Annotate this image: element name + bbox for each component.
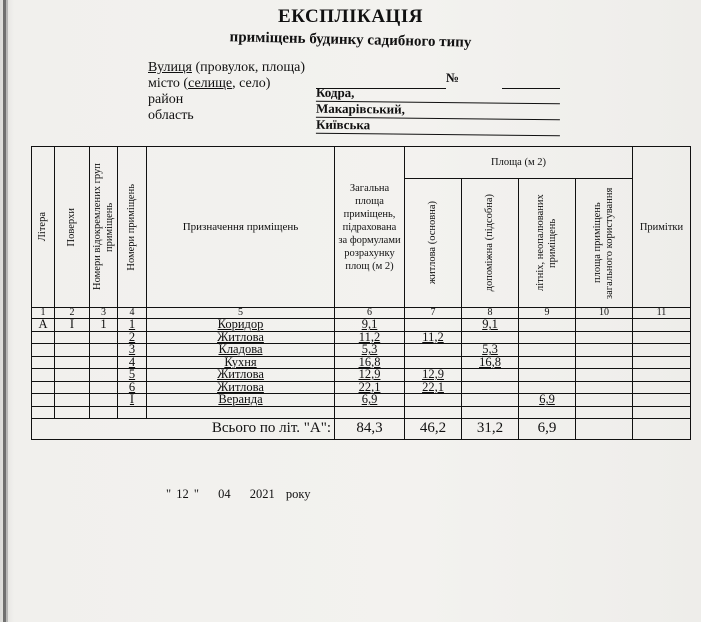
cell-common (576, 381, 633, 394)
cell-litera: А (32, 319, 55, 332)
cell-summer (519, 369, 576, 382)
cell-notes (633, 344, 691, 357)
cell-room: I (118, 394, 147, 407)
table-row: IВеранда6,96,9 (32, 394, 691, 407)
col-num: 10 (576, 308, 633, 319)
cell-auxiliary: 16,8 (462, 356, 519, 369)
cell-floor (55, 344, 90, 357)
header-room-numbers: Номери приміщень (118, 147, 147, 308)
header-floor: Поверхи (55, 147, 90, 308)
cell-auxiliary (462, 369, 519, 382)
cell-notes (633, 369, 691, 382)
header-living: житлова (основна) (405, 179, 462, 308)
col-num: 11 (633, 308, 691, 319)
header-common: площа приміщень загального користування (576, 179, 633, 308)
district-label: район (148, 92, 305, 108)
cell-notes (633, 394, 691, 407)
cell-group: 1 (90, 319, 118, 332)
date-suffix: року (286, 487, 311, 501)
explication-table: Літера Поверхи Номери відокремлених груп… (31, 146, 691, 440)
cell-litera (32, 344, 55, 357)
document-date: " 12 " 04 2021 року (166, 487, 325, 502)
cell-auxiliary: 9,1 (462, 319, 519, 332)
cell-floor: I (55, 319, 90, 332)
cell-floor (55, 356, 90, 369)
cell-group (90, 344, 118, 357)
cell-floor (55, 381, 90, 394)
cell-group (90, 369, 118, 382)
document-subtitle: приміщень будинку садибного типу (0, 24, 701, 57)
city-label: місто (селище, село) (148, 76, 305, 92)
region-value: Київська (316, 117, 560, 137)
date-day: " 12 " (166, 487, 199, 501)
cell-notes (633, 319, 691, 332)
header-summer: літніх, неопалюваних приміщень (519, 179, 576, 308)
empty-row (32, 406, 691, 418)
date-year: 2021 (250, 487, 275, 501)
cell-purpose: Веранда (147, 394, 335, 407)
header-notes: Примітки (633, 147, 691, 308)
number-label: № (446, 70, 459, 86)
total-notes-value (633, 418, 691, 439)
cell-common (576, 394, 633, 407)
address-labels: Вулиця (провулок, площа) місто (селище, … (148, 60, 305, 124)
cell-litera (32, 369, 55, 382)
header-total-area: Загальна площа приміщень, підрахована за… (335, 147, 405, 308)
region-label: область (148, 108, 305, 124)
total-row: Всього по літ. "А": 84,3 46,2 31,2 6,9 (32, 418, 691, 439)
cell-floor (55, 394, 90, 407)
cell-floor (55, 369, 90, 382)
cell-common (576, 319, 633, 332)
cell-common (576, 344, 633, 357)
cell-group (90, 356, 118, 369)
cell-group (90, 381, 118, 394)
header-auxiliary: допоміжна (підсобна) (462, 179, 519, 308)
cell-living: 11,2 (405, 331, 462, 344)
document-title: ЕКСПЛІКАЦІЯ (0, 6, 701, 28)
cell-living (405, 344, 462, 357)
cell-summer (519, 331, 576, 344)
total-area-value: 84,3 (335, 418, 405, 439)
cell-summer (519, 356, 576, 369)
total-label: Всього по літ. "А": (32, 418, 335, 439)
col-num: 9 (519, 308, 576, 319)
cell-litera (32, 381, 55, 394)
total-summer-value: 6,9 (519, 418, 576, 439)
cell-notes (633, 356, 691, 369)
cell-summer (519, 319, 576, 332)
cell-group (90, 331, 118, 344)
cell-living (405, 394, 462, 407)
cell-total: 6,9 (335, 394, 405, 407)
cell-common (576, 356, 633, 369)
date-month: 04 (218, 487, 231, 501)
table-body: АI11Коридор9,19,12Житлова11,211,23Кладов… (32, 319, 691, 407)
header-area-group: Площа (м 2) (405, 147, 633, 179)
page-binding-shadow (6, 0, 8, 622)
cell-litera (32, 356, 55, 369)
cell-common (576, 369, 633, 382)
cell-litera (32, 331, 55, 344)
total-living-value: 46,2 (405, 418, 462, 439)
cell-floor (55, 331, 90, 344)
cell-notes (633, 381, 691, 394)
cell-auxiliary (462, 394, 519, 407)
cell-group (90, 394, 118, 407)
cell-litera (32, 394, 55, 407)
cell-summer: 6,9 (519, 394, 576, 407)
header-purpose: Призначення приміщень (147, 147, 335, 308)
cell-common (576, 331, 633, 344)
cell-auxiliary (462, 381, 519, 394)
col-num: 7 (405, 308, 462, 319)
header-litera: Літера (32, 147, 55, 308)
cell-summer (519, 344, 576, 357)
street-label: Вулиця (провулок, площа) (148, 60, 305, 76)
total-auxiliary-value: 31,2 (462, 418, 519, 439)
cell-living: 22,1 (405, 381, 462, 394)
scanned-page: ЕКСПЛІКАЦІЯ приміщень будинку садибного … (0, 0, 701, 622)
cell-notes (633, 331, 691, 344)
header-group-numbers: Номери відокремлених груп приміщень (90, 147, 118, 308)
total-common-value (576, 418, 633, 439)
